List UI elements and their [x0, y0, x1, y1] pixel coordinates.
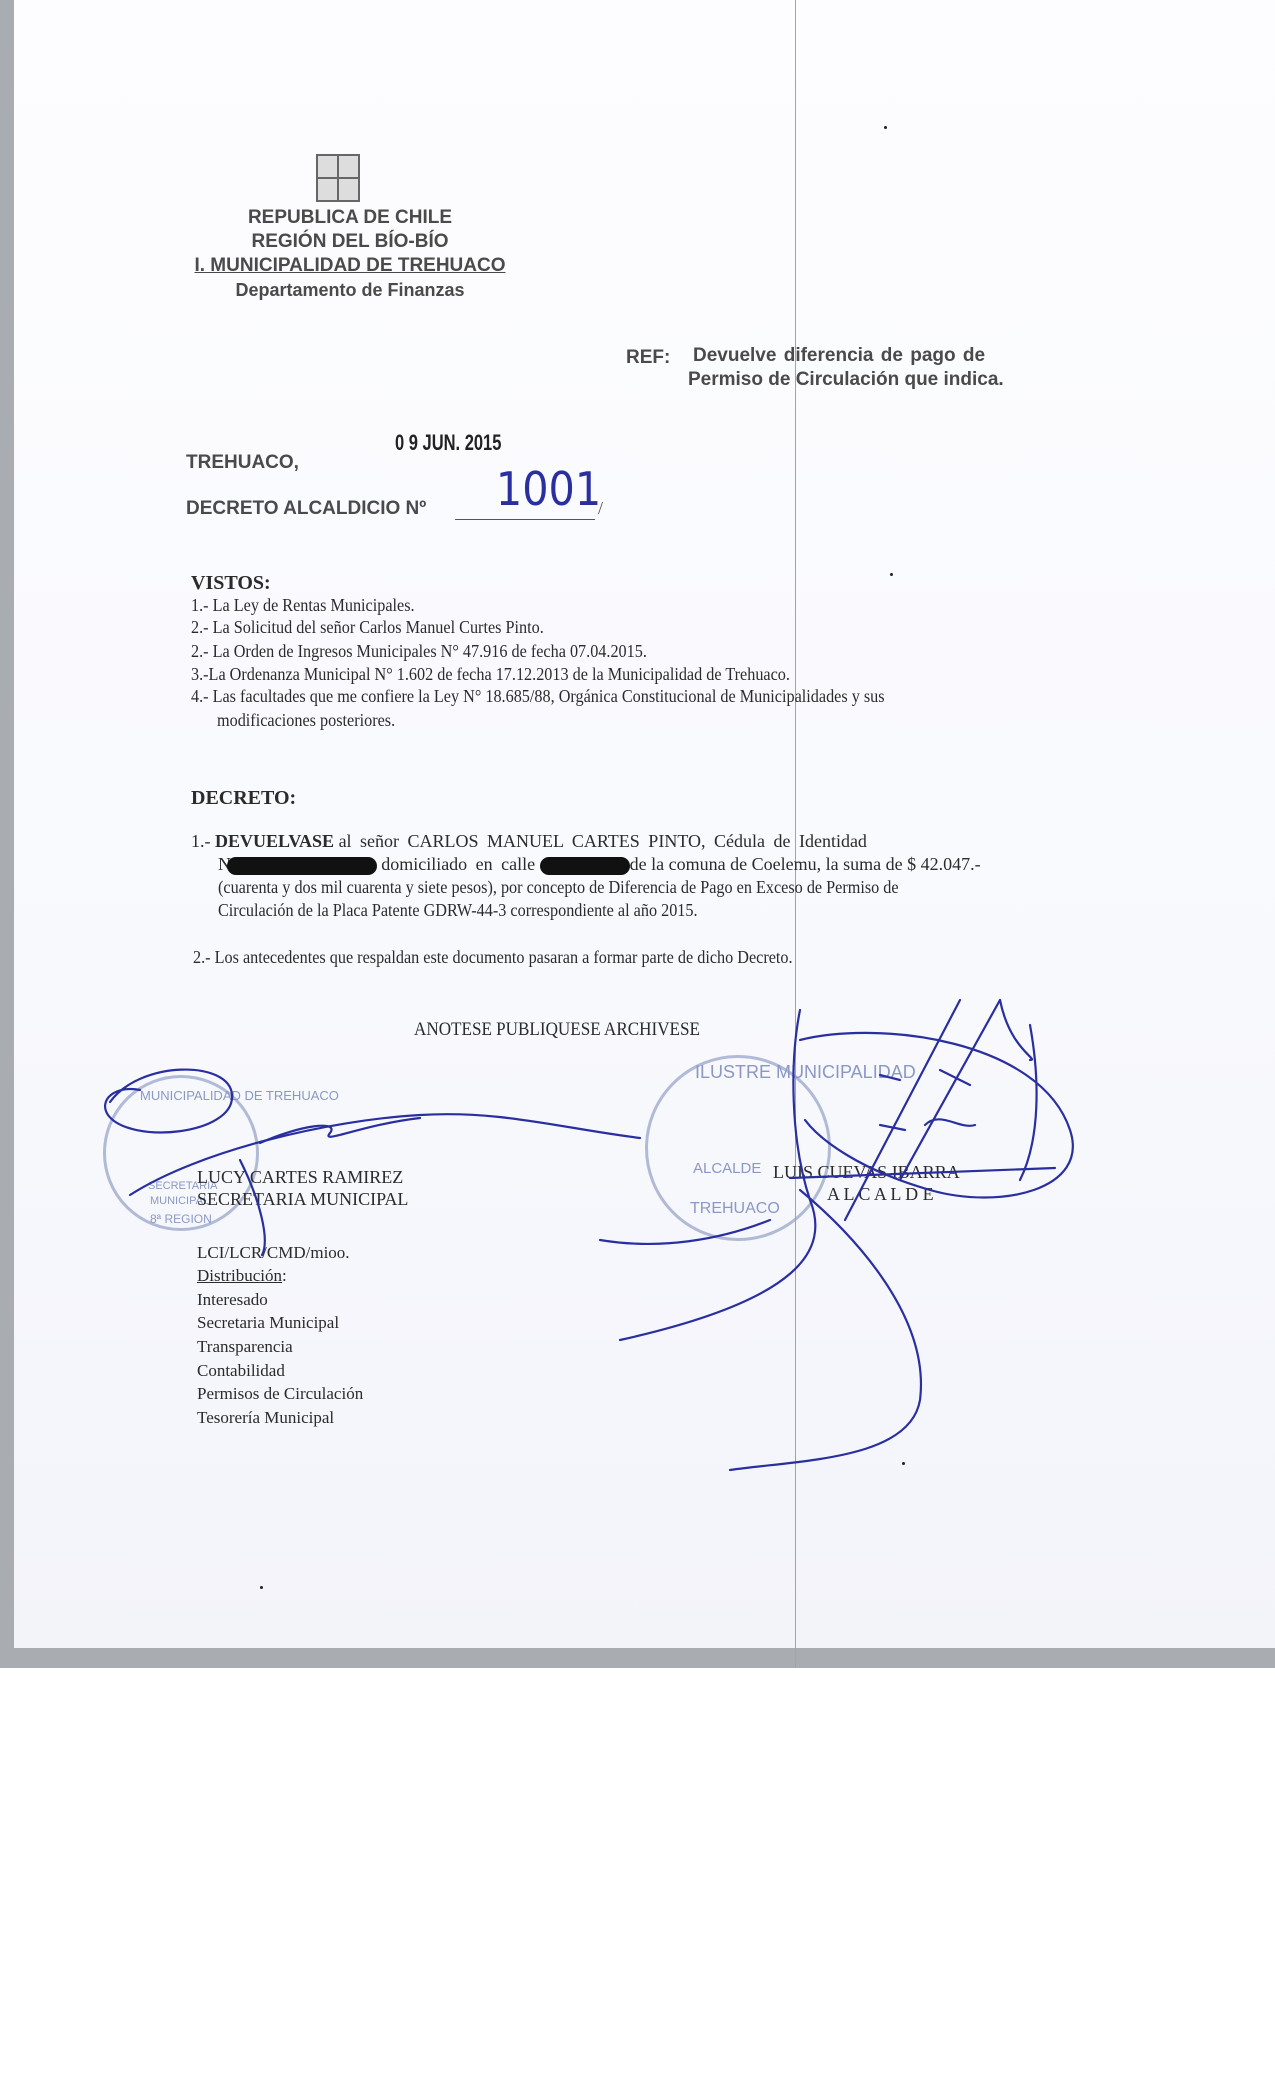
header-department: Departamento de Finanzas [170, 278, 530, 302]
distribution-item: Permisos de Circulación [197, 1384, 363, 1404]
mayor-title: A L C A L D E [827, 1184, 934, 1205]
decreto-line-text: domiciliado en calle [381, 854, 535, 874]
distribution-item: Tesorería Municipal [197, 1408, 334, 1428]
distribution-item: Secretaria Municipal [197, 1313, 339, 1333]
secretary-seal-text: 8ª REGION [150, 1212, 212, 1226]
scan-speck [890, 573, 893, 576]
ref-label: REF: [626, 347, 670, 369]
decree-slash: / [598, 498, 603, 519]
vistos-item: 4.- Las facultades que me confiere la Le… [191, 686, 885, 707]
ref-line-1: Devuelve diferencia de pago de [693, 345, 985, 367]
item-number: 1.- [191, 831, 211, 851]
scan-speck [902, 1462, 905, 1465]
scan-speck [884, 126, 887, 129]
distribution-item: Transparencia [197, 1337, 293, 1357]
mayor-name: LUIS CUEVAS IBARRA [773, 1162, 960, 1183]
decreto-item-1-line-1: 1.- DEVUELVASE al señor CARLOS MANUEL CA… [191, 831, 1071, 852]
date-stamp: 0 9 JUN. 2015 [395, 430, 501, 456]
vistos-item: modificaciones posteriores. [217, 710, 395, 731]
decreto-verb: DEVUELVASE [215, 831, 334, 851]
initials: LCI/LCR/CMD/mioo. [197, 1243, 350, 1263]
decree-number-handwritten: 1001 [496, 462, 601, 516]
secretary-seal-text: MUNICIPALIDAD DE TREHUACO [140, 1088, 339, 1103]
distribution-title: Distribución: [197, 1266, 287, 1286]
decreto-line-text: de la comuna de Coelemu, la suma de $ 42… [630, 854, 981, 874]
vistos-item: 3.-La Ordenanza Municipal N° 1.602 de fe… [191, 664, 790, 685]
header-region: REGIÓN DEL BÍO-BÍO [170, 230, 530, 254]
decree-number-line [455, 519, 595, 520]
decreto-item-1-line-4: Circulación de la Placa Patente GDRW-44-… [218, 900, 698, 921]
distribution-title-text: Distribución [197, 1266, 282, 1285]
vistos-item: 2.- La Orden de Ingresos Municipales N° … [191, 641, 647, 662]
closing-formula: ANOTESE PUBLIQUESE ARCHIVESE [414, 1019, 700, 1041]
decree-number-label: DECRETO ALCALDICIO Nº [186, 498, 426, 520]
decreto-title: DECRETO: [191, 787, 296, 810]
mayor-seal-text: TREHUACO [690, 1200, 780, 1218]
decreto-item-1-line-3: (cuarenta y dos mil cuarenta y siete pes… [218, 877, 899, 898]
header-municipality: I. MUNICIPALIDAD DE TREHUACO [170, 254, 530, 278]
redacted-id-number [227, 857, 377, 875]
distribution-item: Contabilidad [197, 1361, 285, 1381]
decreto-item-1-line-2: N° domiciliado en calle de la comuna de … [218, 854, 981, 875]
distribution-item: Interesado [197, 1290, 268, 1310]
header-country: REPUBLICA DE CHILE [170, 206, 530, 230]
coat-of-arms-icon [316, 154, 360, 202]
secretary-name: LUCY CARTES RAMIREZ [197, 1167, 403, 1188]
vistos-item: 2.- La Solicitud del señor Carlos Manuel… [191, 617, 544, 638]
mayor-seal-text: ILUSTRE MUNICIPALIDAD [695, 1062, 916, 1083]
secretary-title: SECRETARIA MUNICIPAL [197, 1189, 408, 1210]
vistos-item: 1.- La Ley de Rentas Municipales. [191, 595, 415, 616]
mayor-seal-text: ALCALDE [693, 1160, 761, 1177]
redacted-address [540, 857, 630, 875]
place-label: TREHUACO, [186, 452, 299, 474]
ref-line-2: Permiso de Circulación que indica. [688, 369, 1004, 391]
decreto-line-text: al señor CARLOS MANUEL CARTES PINTO, Céd… [339, 831, 867, 851]
scan-speck [260, 1586, 263, 1589]
decreto-item-2: 2.- Los antecedentes que respaldan este … [193, 947, 793, 968]
vistos-title: VISTOS: [191, 572, 271, 595]
